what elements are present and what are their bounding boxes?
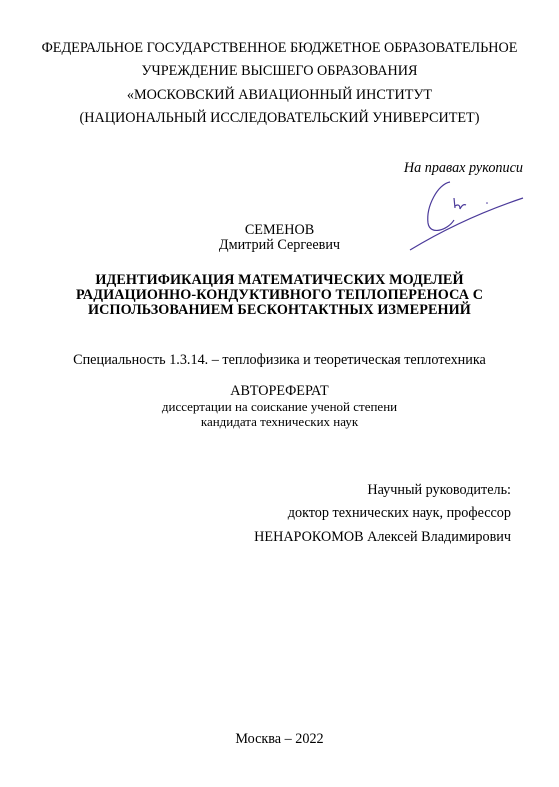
supervisor-label: Научный руководитель: (367, 482, 511, 498)
institution-line-2: УЧРЕЖДЕНИЕ ВЫСШЕГО ОБРАЗОВАНИЯ (0, 63, 559, 79)
document-type-line-2: кандидата технических наук (0, 414, 559, 429)
institution-line-1: ФЕДЕРАЛЬНОЕ ГОСУДАРСТВЕННОЕ БЮДЖЕТНОЕ ОБ… (0, 40, 559, 56)
author-given-names: Дмитрий Сергеевич (0, 237, 559, 253)
city-year: Москва – 2022 (0, 731, 559, 747)
author-surname: СЕМЕНОВ (0, 222, 559, 238)
document-type-line-1: диссертации на соискание ученой степени (0, 399, 559, 414)
manuscript-note: На правах рукописи (404, 160, 523, 176)
title-line-1: ИДЕНТИФИКАЦИЯ МАТЕМАТИЧЕСКИХ МОДЕЛЕЙ (0, 273, 559, 288)
institution-line-4: (НАЦИОНАЛЬНЫЙ ИССЛЕДОВАТЕЛЬСКИЙ УНИВЕРСИ… (0, 110, 559, 126)
document-type-heading: АВТОРЕФЕРАТ (0, 383, 559, 399)
title-line-3: ИСПОЛЬЗОВАНИЕМ БЕСКОНТАКТНЫХ ИЗМЕРЕНИЙ (0, 303, 559, 318)
title-line-2: РАДИАЦИОННО-КОНДУКТИВНОГО ТЕПЛОПЕРЕНОСА … (0, 288, 559, 303)
specialty: Специальность 1.3.14. – теплофизика и те… (0, 352, 559, 368)
supervisor-degree: доктор технических наук, профессор (288, 505, 511, 521)
institution-line-3: «МОСКОВСКИЙ АВИАЦИОННЫЙ ИНСТИТУТ (0, 87, 559, 103)
supervisor-name: НЕНАРОКОМОВ Алексей Владимирович (254, 529, 511, 545)
